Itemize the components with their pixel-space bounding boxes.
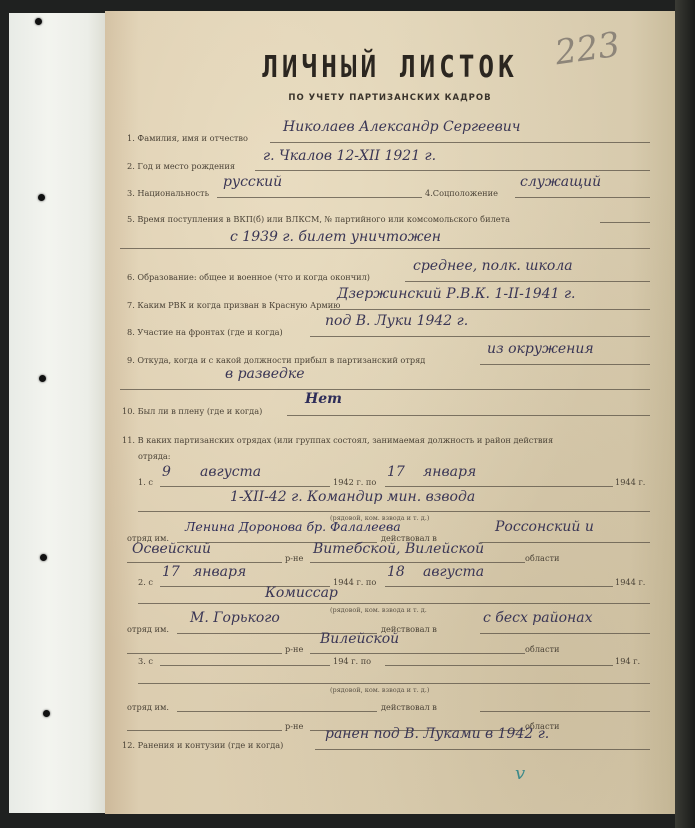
- entry-1-region: Витебской, Вилейской: [313, 541, 484, 557]
- field-2-label: 2. Год и место рождения: [127, 161, 235, 171]
- punch-hole: [43, 710, 50, 717]
- punch-hole: [39, 375, 46, 382]
- field-6-value: среднее, полк. школа: [413, 258, 573, 274]
- field-12-value: ранен под В. Луками в 1942 г.: [325, 726, 549, 742]
- entry-1-line-a: [160, 486, 330, 487]
- entry-2-district-label: р-не: [285, 644, 303, 654]
- entry-3-detachment-label: отряд им.: [127, 702, 169, 712]
- entry-1-district: Освейский: [132, 541, 211, 557]
- entry-1-num: 1. с: [138, 477, 153, 487]
- entry-1-line-c: [138, 511, 650, 512]
- field-8-label: 8. Участие на фронтах (где и когда): [127, 327, 283, 337]
- field-3-line: [217, 197, 422, 198]
- field-5-line-b: [120, 248, 650, 249]
- entry-3-line-c: [138, 683, 650, 684]
- entry-1-from-year: 1942 г. по: [333, 477, 376, 487]
- entry-2-to-day: 18: [387, 564, 405, 580]
- field-3-value: русский: [223, 174, 282, 190]
- field-1-value: Николаев Александр Сергеевич: [283, 119, 521, 135]
- entry-1-to-month: января: [423, 464, 476, 480]
- field-7-label: 7. Каким РВК и когда призван в Красную А…: [127, 300, 340, 310]
- field-9-label: 9. Откуда, когда и с какой должности при…: [127, 355, 425, 365]
- field-5-line-a: [600, 222, 650, 223]
- entry-3-acted-label: действовал в: [381, 702, 437, 712]
- check-mark: v: [515, 763, 525, 784]
- entry-1-line-g: [310, 562, 525, 563]
- entry-3-district-label: р-не: [285, 721, 303, 731]
- field-9-line-a: [480, 364, 650, 365]
- entry-1-line-e: [480, 542, 650, 543]
- field-9-value: из окружения: [487, 341, 594, 357]
- entry-1-region-label: области: [525, 553, 560, 563]
- field-10-value: Нет: [305, 391, 342, 407]
- entry-1-district-label: р-не: [285, 553, 303, 563]
- field-5-value: с 1939 г. билет уничтожен: [230, 229, 441, 245]
- field-4-label: 4.Соцположение: [425, 188, 498, 198]
- field-3-label: 3. Национальность: [127, 188, 209, 198]
- field-2-value: г. Чкалов 12-XII 1921 г.: [263, 148, 436, 164]
- field-2-line: [255, 170, 650, 171]
- entry-2-position: Комиссар: [265, 585, 338, 601]
- entry-3-line-a: [160, 665, 330, 666]
- binding-strip: [9, 13, 107, 813]
- field-4-line: [515, 197, 650, 198]
- field-1-line: [270, 142, 650, 143]
- field-1-label: 1. Фамилия, имя и отчество: [127, 133, 248, 143]
- entry-3-position-hint: (рядовой, ком. взвода и т. д.): [330, 686, 429, 694]
- punch-hole: [38, 194, 45, 201]
- field-8-value: под В. Луки 1942 г.: [325, 313, 468, 329]
- document-subtitle: ПО УЧЕТУ ПАРТИЗАНСКИХ КАДРОВ: [105, 93, 675, 103]
- entry-2-to-year: 1944 г.: [615, 577, 645, 587]
- entry-2-region-label: области: [525, 644, 560, 654]
- entry-1-detachment: Ленина Доронова бр. Фалалеева: [185, 519, 401, 534]
- field-7-line: [330, 309, 650, 310]
- entry-2-acted: с бесх районах: [483, 610, 593, 626]
- field-10-label: 10. Был ли в плену (где и когда): [122, 406, 262, 416]
- entry-3-line-d: [177, 711, 377, 712]
- entry-2-num: 2. с: [138, 577, 153, 587]
- entry-2-detachment: М. Горького: [190, 610, 280, 626]
- field-7-value: Дзержинский Р.В.К. 1-II-1941 г.: [337, 286, 575, 302]
- entry-2-from-month: января: [193, 564, 246, 580]
- entry-2-line-g: [310, 653, 525, 654]
- entry-2-position-hint: (рядовой, ком. взвода и т. д.: [330, 606, 427, 614]
- entry-2-line-c: [138, 603, 650, 604]
- entry-1-from-month: августа: [200, 464, 261, 480]
- field-11-label-2: отряда:: [138, 451, 171, 461]
- entry-2-from-day: 17: [162, 564, 180, 580]
- punch-hole: [35, 18, 42, 25]
- entry-2-line-e: [480, 633, 650, 634]
- entry-1-to-day: 17: [387, 464, 405, 480]
- punch-hole: [40, 554, 47, 561]
- entry-3-line-f: [127, 730, 282, 731]
- entry-1-from-day: 9: [162, 464, 171, 480]
- entry-2-line-b: [385, 586, 613, 587]
- entry-1-line-b: [385, 486, 613, 487]
- field-10-line: [287, 415, 650, 416]
- entry-2-detachment-label: отряд им.: [127, 624, 169, 634]
- entry-3-from-year: 194 г. по: [333, 656, 371, 666]
- entry-3-num: 3. с: [138, 656, 153, 666]
- entry-3-line-e: [480, 711, 650, 712]
- field-11-label: 11. В каких партизанских отрядах (или гр…: [122, 435, 553, 445]
- entry-1-position: 1-XII-42 г. Командир мин. взвода: [230, 489, 475, 505]
- field-6-line: [405, 281, 650, 282]
- entry-2-line-f: [127, 653, 282, 654]
- field-12-line: [315, 749, 650, 750]
- entry-1-acted: Россонский и: [495, 519, 594, 535]
- entry-3-line-b: [385, 665, 613, 666]
- entry-2-to-month: августа: [423, 564, 484, 580]
- entry-3-to-year: 194 г.: [615, 656, 640, 666]
- entry-2-region: Вилейской: [320, 631, 399, 647]
- entry-1-line-f: [127, 562, 282, 563]
- entry-2-from-year: 1944 г. по: [333, 577, 376, 587]
- entry-1-to-year: 1944 г.: [615, 477, 645, 487]
- field-12-label: 12. Ранения и контузии (где и когда): [122, 740, 283, 750]
- personal-record-sheet: ЛИЧНЫЙ ЛИСТОК ПО УЧЕТУ ПАРТИЗАНСКИХ КАДР…: [105, 11, 675, 814]
- field-5-label: 5. Время поступления в ВКП(б) или ВЛКСМ,…: [127, 214, 510, 224]
- field-6-label: 6. Образование: общее и военное (что и к…: [127, 272, 370, 282]
- field-8-line: [310, 336, 650, 337]
- field-4-value: служащий: [520, 174, 601, 190]
- field-9-line-b: [120, 389, 650, 390]
- scan-edge-shadow: [675, 0, 695, 828]
- field-9-value-2: в разведке: [225, 366, 305, 382]
